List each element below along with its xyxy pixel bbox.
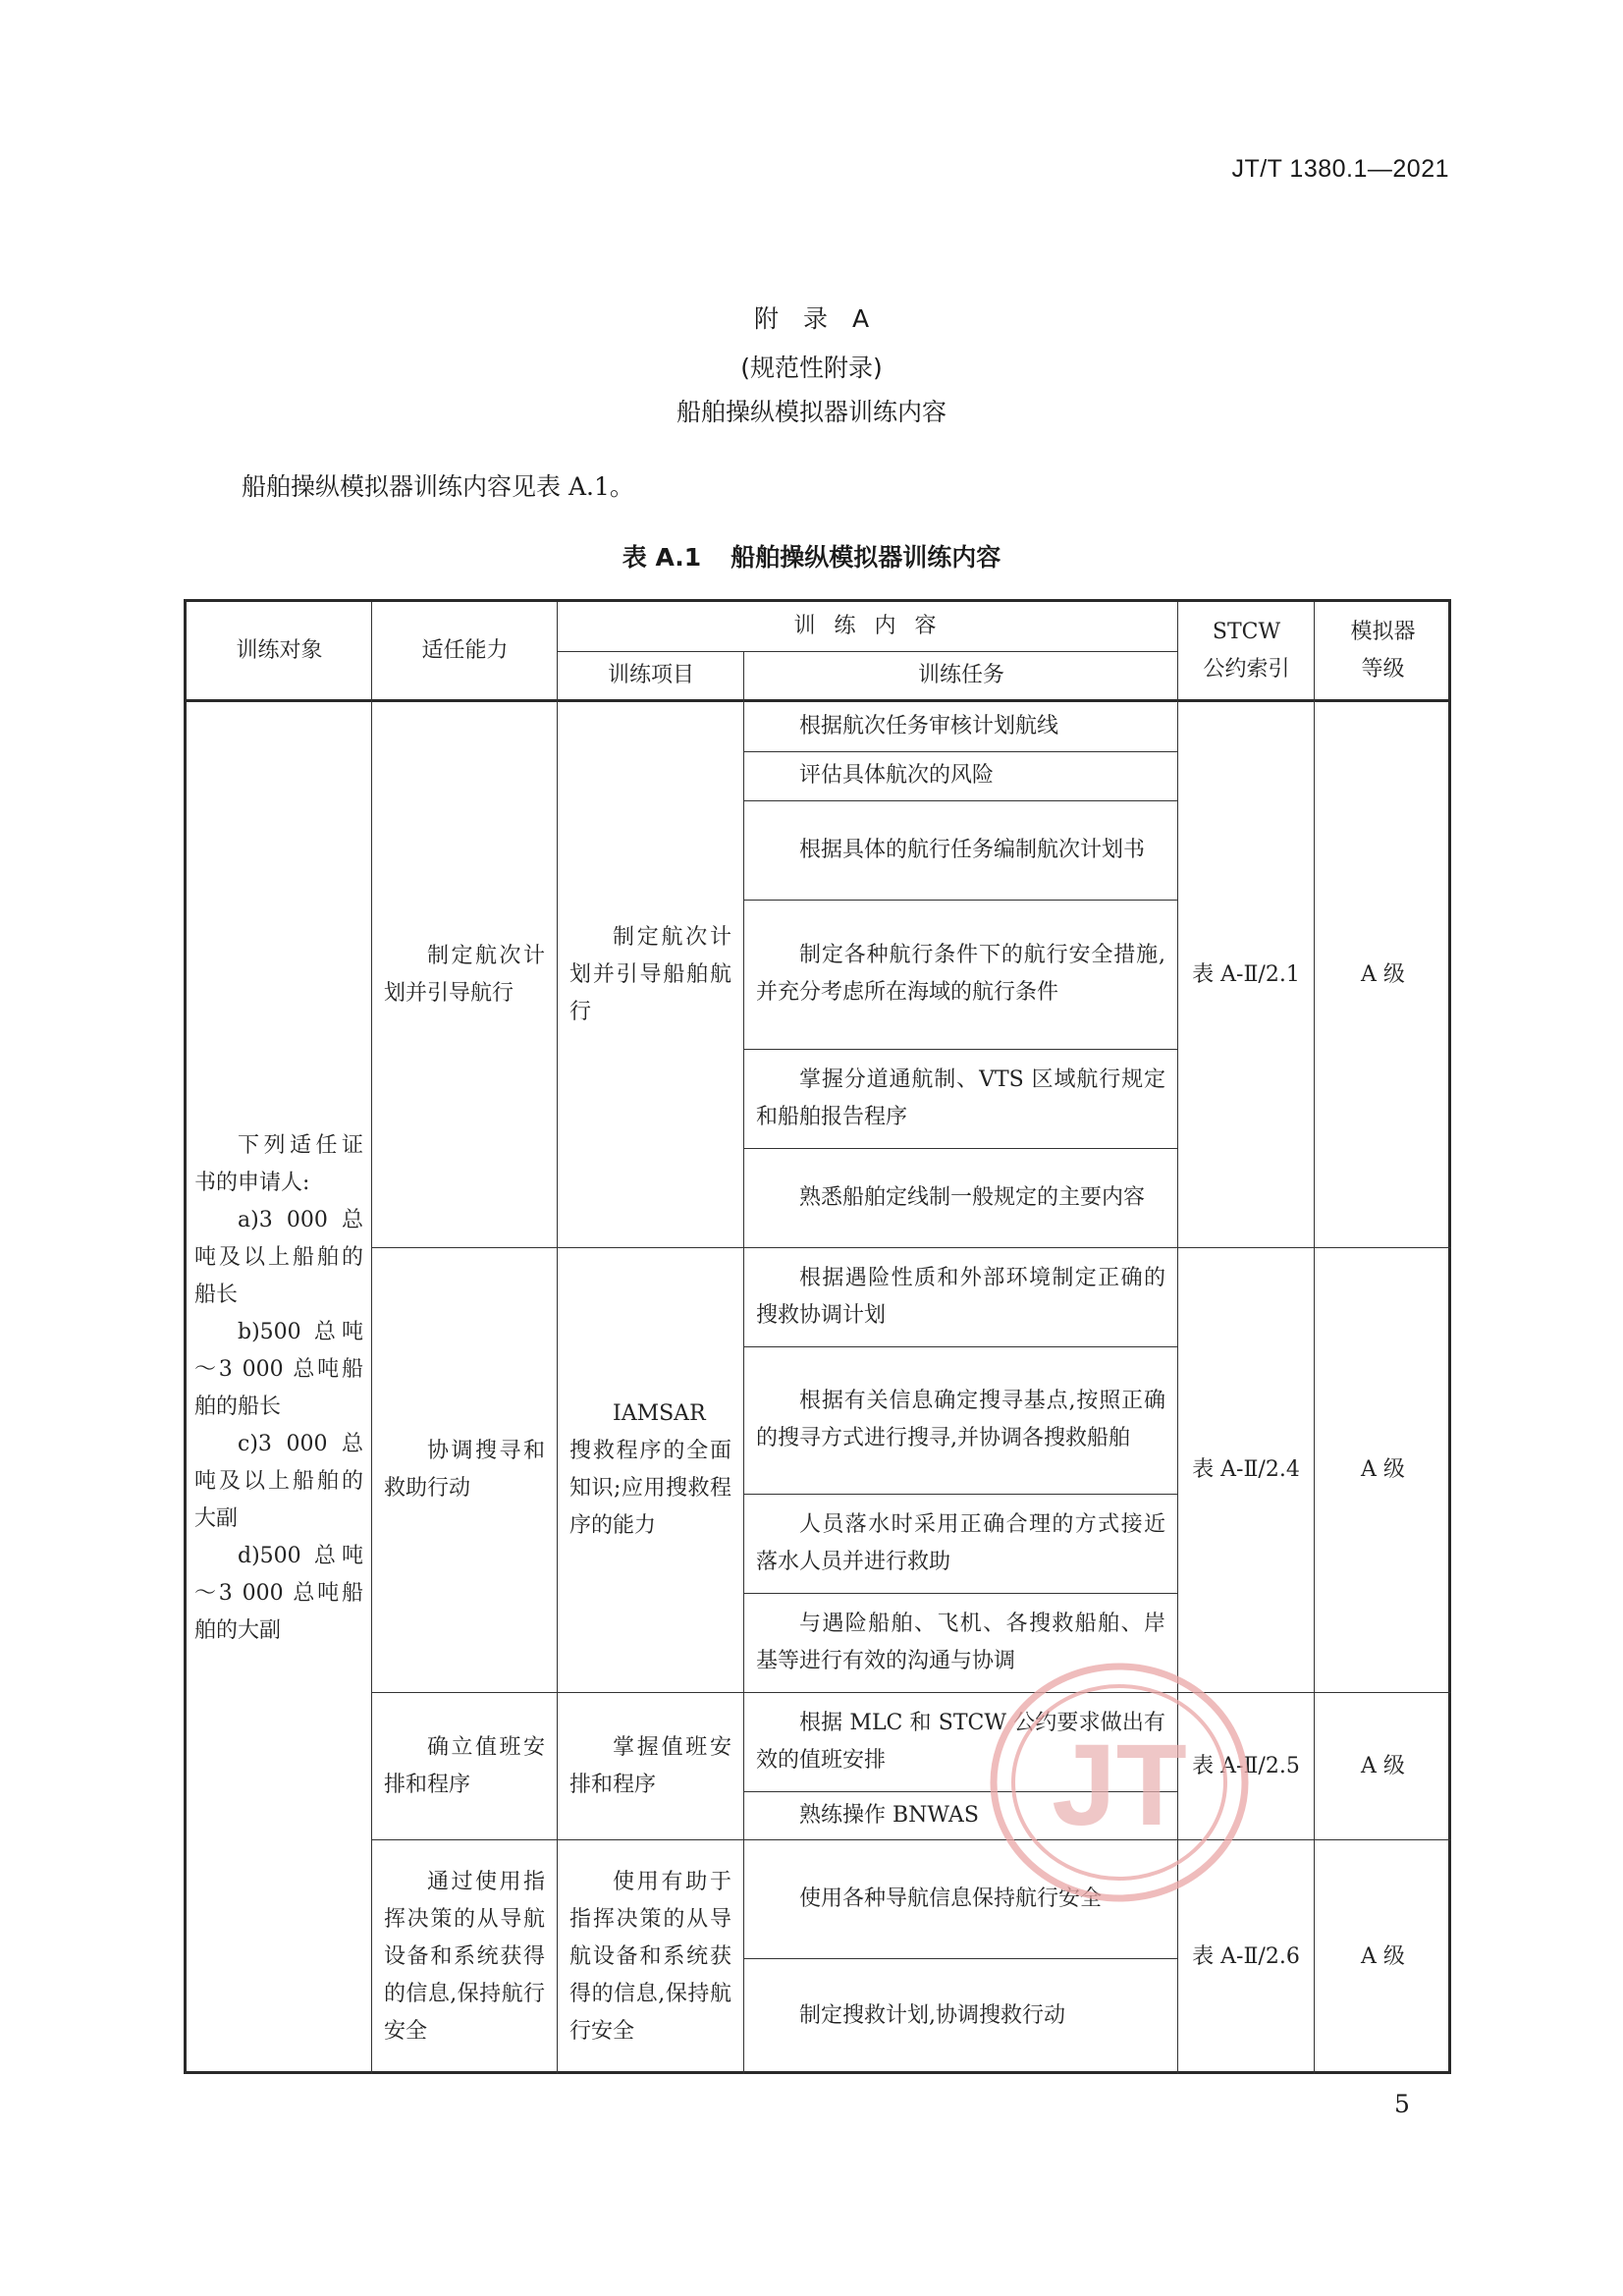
- group1-task-1: 根据航次任务审核计划航线: [744, 702, 1177, 751]
- appendix-title: 附 录 A: [0, 300, 1623, 335]
- group3-level: A 级: [1315, 1693, 1451, 1839]
- group1-task-4: 制定各种航行条件下的航行安全措施,并充分考虑所在海域的航行条件: [744, 900, 1177, 1049]
- standard-number: JT/T 1380.1—2021: [1080, 155, 1449, 184]
- target-b: b)500 总吨～3 000 总吨船舶的船长: [194, 1314, 363, 1426]
- appendix-type: (规范性附录): [0, 349, 1623, 384]
- table-caption-title: 船舶操纵模拟器训练内容: [730, 543, 1001, 572]
- group1-item: 制定航次计划并引导船舶航行: [558, 702, 743, 1247]
- header-stcw: STCW 公约索引: [1178, 602, 1315, 700]
- training-content-table: 训练对象 适任能力 训 练 内 容 训练项目 训练任务 STCW 公约索引 模拟…: [184, 599, 1451, 2074]
- intro-paragraph: 船舶操纵模拟器训练内容见表 A.1。: [242, 467, 634, 503]
- group2-stcw: 表 A-Ⅱ/2.4: [1178, 1248, 1314, 1692]
- group2-task-1: 根据遇险性质和外部环境制定正确的搜救协调计划: [744, 1248, 1177, 1346]
- group1-task-3: 根据具体的航行任务编制航次计划书: [744, 800, 1177, 900]
- training-target-cell: 下列适任证书的申请人: a)3 000 总吨及以上船舶的船长 b)500 总吨～…: [187, 702, 371, 2074]
- header-task: 训练任务: [744, 651, 1178, 700]
- page-number: 5: [1394, 2090, 1410, 2118]
- group3-task-1: 根据 MLC 和 STCW 公约要求做出有效的值班安排: [744, 1693, 1177, 1791]
- group2-competence: 协调搜寻和救助行动: [372, 1248, 557, 1692]
- target-d: d)500 总吨～3 000 总吨船舶的大副: [194, 1538, 363, 1650]
- group4-competence: 通过使用指挥决策的从导航设备和系统获得的信息,保持航行安全: [372, 1840, 557, 2074]
- group2-task-3: 人员落水时采用正确合理的方式接近落水人员并进行救助: [744, 1494, 1177, 1593]
- group4-item: 使用有助于指挥决策的从导航设备和系统获得的信息,保持航行安全: [558, 1840, 743, 2074]
- group1-competence: 制定航次计划并引导航行: [372, 702, 557, 1247]
- group1-task-6: 熟悉船舶定线制一般规定的主要内容: [744, 1148, 1177, 1247]
- group1-task-5: 掌握分道通航制、VTS 区域航行规定和船舶报告程序: [744, 1049, 1177, 1148]
- header-competence: 适任能力: [372, 602, 558, 700]
- group3-competence: 确立值班安排和程序: [372, 1693, 557, 1839]
- group4-task-1: 使用各种导航信息保持航行安全: [744, 1840, 1177, 1958]
- table-caption: 表 A.1船舶操纵模拟器训练内容: [0, 538, 1623, 574]
- header-level: 模拟器等级: [1315, 602, 1451, 700]
- table-caption-number: 表 A.1: [622, 543, 701, 572]
- group4-stcw: 表 A-Ⅱ/2.6: [1178, 1840, 1314, 2074]
- target-lead: 下列适任证书的申请人:: [194, 1127, 363, 1202]
- header-item: 训练项目: [558, 651, 744, 700]
- group2-task-4: 与遇险船舶、飞机、各搜救船舶、岸基等进行有效的沟通与协调: [744, 1593, 1177, 1692]
- group2-task-2: 根据有关信息确定搜寻基点,按照正确的搜寻方式进行搜寻,并协调各搜救船舶: [744, 1346, 1177, 1494]
- group3-task-2: 熟练操作 BNWAS: [744, 1791, 1177, 1839]
- group3-stcw: 表 A-Ⅱ/2.5: [1178, 1693, 1314, 1839]
- group2-item: IAMSAR 搜救程序的全面知识;应用搜救程序的能力: [558, 1248, 743, 1692]
- header-content: 训 练 内 容: [558, 602, 1178, 651]
- group1-level: A 级: [1315, 702, 1451, 1247]
- appendix-subtitle: 船舶操纵模拟器训练内容: [0, 393, 1623, 428]
- group4-task-2: 制定搜救计划,协调搜救行动: [744, 1958, 1177, 2074]
- group3-item: 掌握值班安排和程序: [558, 1693, 743, 1839]
- target-a: a)3 000 总吨及以上船舶的船长: [194, 1202, 363, 1314]
- group2-level: A 级: [1315, 1248, 1451, 1692]
- group4-level: A 级: [1315, 1840, 1451, 2074]
- group1-stcw: 表 A-Ⅱ/2.1: [1178, 702, 1314, 1247]
- group1-task-2: 评估具体航次的风险: [744, 751, 1177, 800]
- target-c: c)3 000 总吨及以上船舶的大副: [194, 1426, 363, 1538]
- header-target: 训练对象: [187, 602, 372, 700]
